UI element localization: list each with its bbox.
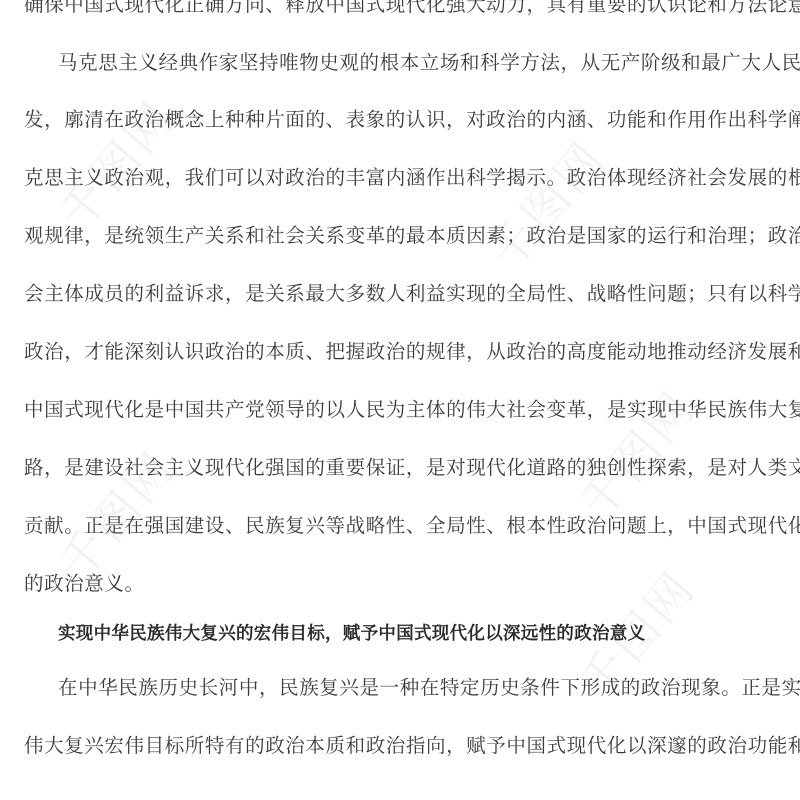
paragraph-2-line-2: 发，廓清在政治概念上种种片面的、表象的认识，对政治的内涵、功能和作用作出科学阐释… (24, 108, 784, 132)
watermark: 千图网 (472, 124, 619, 281)
document-page: 千图网 千图网 千图网 千图网 千图网 确保中国式现代化正确方向、释放中国式现代… (0, 0, 800, 800)
paragraph-2-line-1: 马克思主义经典作家坚持唯物史观的根本立场和科学方法，从无产阶级和最广大人民根本利… (58, 51, 800, 75)
paragraph-3-line-3: 贡献。正是在强国建设、民族复兴等战略性、全局性、根本性政治问题上，中国式现代化蕴… (24, 514, 784, 538)
paragraph-4-line-2: 伟大复兴宏伟目标所特有的政治本质和政治指向，赋予中国式现代化以深邃的政治功能和政… (24, 734, 784, 758)
paragraph-3-line-2: 路，是建设社会主义现代化强国的重要保证，是对现代化道路的独创性探索，是对人类文明… (24, 456, 784, 480)
section-heading: 实现中华民族伟大复兴的宏伟目标，赋予中国式现代化以深远性的政治意义 (58, 622, 800, 646)
paragraph-2-line-6: 政治，才能深刻认识政治的本质、把握政治的规律，从政治的高度能动地推动经济发展和社… (24, 340, 784, 364)
paragraph-3-line-4: 的政治意义。 (24, 572, 784, 596)
paragraph-4-line-1: 在中华民族历史长河中，民族复兴是一种在特定历史条件下形成的政治现象。正是实现中华… (58, 676, 800, 700)
paragraph-2-line-4: 观规律，是统领生产关系和社会关系变革的最本质因素；政治是国家的运行和治理；政治集… (24, 224, 784, 248)
paragraph-2-line-3: 克思主义政治观，我们可以对政治的丰富内涵作出科学揭示。政治体现经济社会发展的根本… (24, 166, 784, 190)
paragraph-1-line-1: 确保中国式现代化正确方向、释放中国式现代化强大动力，具有重要的认识论和方法论意义… (24, 0, 784, 17)
paragraph-2-line-5: 会主体成员的利益诉求，是关系最大多数人利益实现的全局性、战略性问题；只有以科学的… (24, 282, 784, 306)
paragraph-3-line-1: 中国式现代化是中国共产党领导的以人民为主体的伟大社会变革，是实现中华民族伟大复兴… (24, 398, 784, 422)
